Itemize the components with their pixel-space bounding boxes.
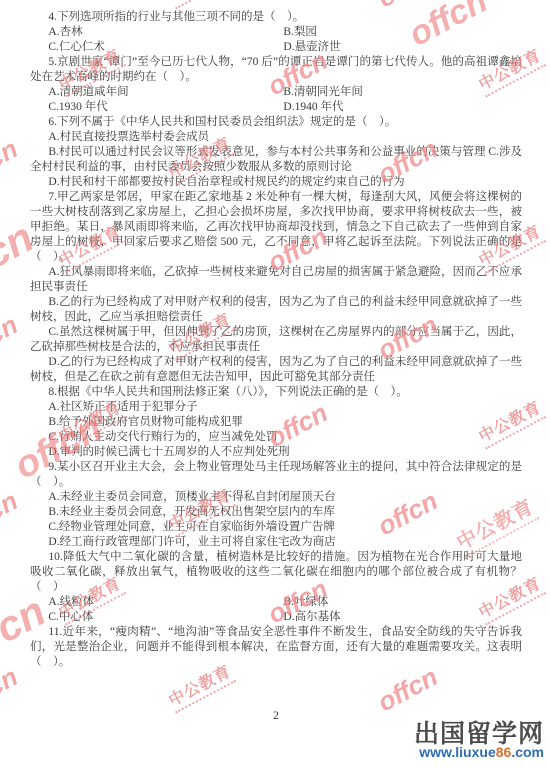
question-11: 11.近年来，“瘦肉精”、“地沟油”等食品安全恶性事件不断发生，食品安全防线的失… (30, 625, 522, 670)
options-grid: A.杏林B.梨园C.仁心仁术D.悬壶济世 (30, 25, 522, 55)
site-url-suffix: .com (511, 744, 544, 760)
offcn-watermark: offcn (0, 133, 23, 190)
option: D.经工商行政管理部门许可，业主可将自家住宅改为商店 (30, 535, 522, 550)
site-url-number: 86 (496, 744, 512, 760)
question-4: 4.下列选项所指的行业与其他三项不同的是（ ）。A.杏林B.梨园C.仁心仁术D.… (30, 10, 522, 55)
option: A.杏林 (30, 25, 265, 40)
option: B.乙的行为已经构成了对甲财产权利的侵害，因为乙为了自己的利益未经甲同意就砍掉了… (30, 295, 522, 325)
option: D.悬壶济世 (265, 40, 522, 55)
option: C.中心体 (30, 610, 265, 625)
option: D.审判的时候已满七十五周岁的人不应判处死刑 (30, 445, 522, 460)
option: A.未经业主委员会同意，顶楼业主不得私自封闭屋顶天台 (30, 490, 522, 505)
site-url-prefix: www.liuxue (419, 744, 496, 760)
option: B.叶绿体 (265, 595, 522, 610)
option: A.清朝道咸年间 (30, 85, 265, 100)
questions: 4.下列选项所指的行业与其他三项不同的是（ ）。A.杏林B.梨园C.仁心仁术D.… (30, 10, 522, 670)
option: A.线粒体 (30, 595, 265, 610)
option: A.社区矫正不适用于犯罪分子 (30, 400, 522, 415)
question-stem: 11.近年来，“瘦肉精”、“地沟油”等食品安全恶性事件不断发生，食品安全防线的失… (30, 625, 522, 670)
question-10: 10.降低大气中二氧化碳的含量，植树造林是比较好的措施。因为植物在光合作用时可大… (30, 550, 522, 625)
offcn-watermark: offcn (0, 309, 23, 366)
option: A.村民直接投票选举村委会成员 (30, 130, 522, 145)
question-stem: 4.下列选项所指的行业与其他三项不同的是（ ）。 (30, 10, 522, 25)
question-6: 6.下列不属于《中华人民共和国村民委员会组织法》规定的是（ ）。A.村民直接投票… (30, 115, 522, 190)
question-7: 7.甲乙两家是邻居，甲家在距乙家地基 2 米处种有一棵大树，每逢刮大风，风便会将… (30, 190, 522, 385)
question-stem: 5.京剧世家“谭门”至今已历七代人物，“70 后”的谭正岩是谭门的第七代传人。他… (30, 55, 522, 85)
option: C.1930 年代 (30, 100, 265, 115)
question-9: 9.某小区召开业主大会，会上物业管理处马主任现场解答业主的提问，其中符合法律规定… (30, 460, 522, 550)
options-grid: A.清朝道咸年间B.清朝同光年间C.1930 年代D.1940 年代 (30, 85, 522, 115)
question-stem: 8.根据《中华人民共和国刑法修正案（八）》，下列说法正确的是（ ）。 (30, 385, 522, 400)
option: D.村民和村干部都要按村民自治章程或村规民约的规定约束自己的行为 (30, 175, 522, 190)
question-stem: 7.甲乙两家是邻居，甲家在距乙家地基 2 米处种有一棵大树，每逢刮大风，风便会将… (30, 190, 522, 265)
option: D.乙的行为已经构成了对甲财产权利的侵害，因为乙为了自己的利益未经甲同意就砍掉了… (30, 355, 522, 385)
offcn-watermark: offcn (0, 485, 23, 542)
option: D.1940 年代 (265, 100, 522, 115)
option: A.狂风暴雨即将来临，乙砍掉一些树枝来避免对自己房屋的损害属于紧急避险，因而乙不… (30, 265, 522, 295)
option: B.给予外国政府官员财物可能构成犯罪 (30, 415, 522, 430)
option: B.未经业主委员会同意，开发商无权出售架空层内的车库 (30, 505, 522, 520)
option: D.高尔基体 (265, 610, 522, 625)
option: B.清朝同光年间 (265, 85, 522, 100)
question-stem: 9.某小区召开业主大会，会上物业管理处马主任现场解答业主的提问，其中符合法律规定… (30, 460, 522, 490)
site-logo: 出国留学网 www.liuxue86.com (414, 722, 544, 759)
option: B.村民可以通过村民会议等形式发表意见，参与本村公共事务和公益事业的决策与管理 … (30, 145, 522, 175)
zhonggong-watermark: 中公教育 (164, 0, 236, 9)
option: C.经物业管理处同意，业主可在自家临街外墙设置广告牌 (30, 520, 522, 535)
option: C.行贿人主动交代行贿行为的，应当减免处罚 (30, 430, 522, 445)
option: C.虽然这棵树属于甲，但因伸到了乙的房顶，这棵树在乙房屋界内的部分应当属于乙，因… (30, 325, 522, 355)
question-stem: 10.降低大气中二氧化碳的含量，植树造林是比较好的措施。因为植物在光合作用时可大… (30, 550, 522, 595)
option: B.梨园 (265, 25, 522, 40)
option: C.仁心仁术 (30, 40, 265, 55)
offcn-watermark: offcn (0, 0, 23, 14)
site-logo-url: www.liuxue86.com (414, 745, 544, 759)
options-grid: A.线粒体B.叶绿体C.中心体D.高尔基体 (30, 595, 522, 625)
question-8: 8.根据《中华人民共和国刑法修正案（八）》，下列说法正确的是（ ）。A.社区矫正… (30, 385, 522, 460)
question-5: 5.京剧世家“谭门”至今已历七代人物，“70 后”的谭正岩是谭门的第七代传人。他… (30, 55, 522, 115)
exam-paper-page: offcn中公教育offcn中公教育offcn中公教育offcn中公教育offc… (0, 0, 550, 767)
question-stem: 6.下列不属于《中华人民共和国村民委员会组织法》规定的是（ ）。 (30, 115, 522, 130)
offcn-watermark: offcn (0, 661, 23, 718)
